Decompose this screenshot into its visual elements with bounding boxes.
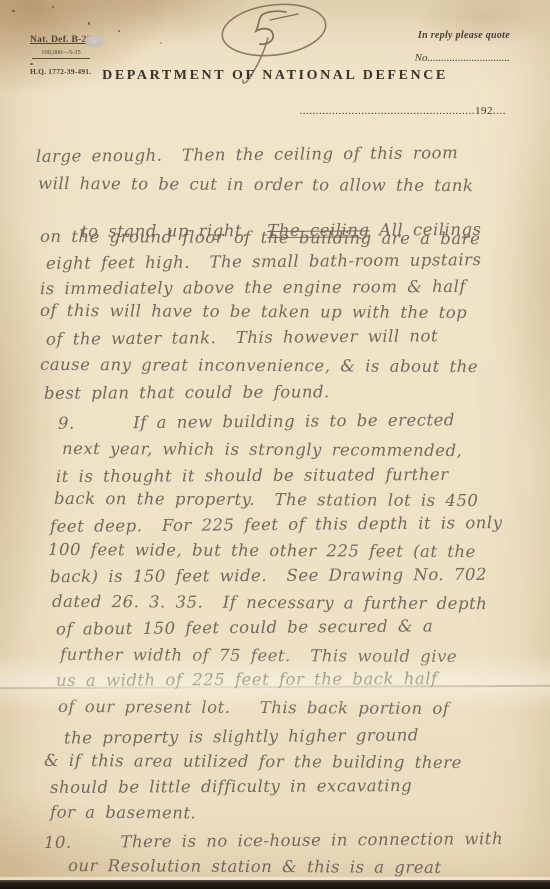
date-line: ........................................… bbox=[300, 105, 507, 117]
handwritten-line: the property is slightly higher ground bbox=[64, 725, 419, 747]
handwritten-line: of this will have to be taken up with th… bbox=[40, 301, 467, 322]
handwritten-line-paragraph-9: 9. If a new building is to be erected bbox=[58, 410, 455, 432]
paper-speck bbox=[88, 22, 90, 25]
handwritten-line: 100 feet wide, but the other 225 feet (a… bbox=[48, 540, 476, 561]
paper-damage-spot bbox=[84, 34, 104, 48]
handwritten-line: dated 26. 3. 35. If necessary a further … bbox=[52, 592, 487, 613]
handwritten-line: eight feet high. The small bath-room ups… bbox=[46, 250, 482, 273]
handwritten-line: of the water tank. This however will not bbox=[46, 326, 438, 348]
reply-note: In reply please quote bbox=[418, 30, 510, 41]
handwritten-line: should be little difficulty in excavatin… bbox=[50, 776, 412, 797]
scan-dark-edge bbox=[0, 880, 550, 889]
handwritten-line: cause any great inconvenience, & is abou… bbox=[40, 355, 478, 376]
paper-speck bbox=[160, 42, 162, 44]
handwritten-line: best plan that could be found. bbox=[44, 382, 330, 402]
handwritten-line: of about 150 feet could be secured & a bbox=[56, 616, 433, 638]
handwritten-line: our Resolution station & this is a great bbox=[68, 856, 442, 877]
stamp-print-run: 100,000—5-35 bbox=[32, 49, 90, 59]
handwritten-line: it is thought it should be situated furt… bbox=[56, 465, 449, 486]
handwritten-line: next year, which is strongly recommended… bbox=[62, 439, 462, 460]
paper-speck bbox=[12, 10, 15, 12]
handwritten-line: & if this area utilized for the building… bbox=[44, 751, 462, 772]
handwritten-line: large enough. Then the ceiling of this r… bbox=[36, 143, 458, 166]
handwritten-line: back on the property. The station lot is… bbox=[54, 489, 479, 510]
scanned-letter-page: Nat. Def. B-239. 100,000—5-35 H.Q. 1772-… bbox=[0, 0, 550, 889]
handwritten-line: for a basement. bbox=[50, 803, 196, 823]
fold-crease-light-band bbox=[0, 652, 550, 710]
paper-speck bbox=[52, 6, 54, 8]
handwritten-line: feet deep. For 225 feet of this depth it… bbox=[50, 513, 503, 536]
handwritten-line: is immediately above the engine room & h… bbox=[40, 277, 466, 298]
handwritten-line: will have to be cut in order to allow th… bbox=[38, 174, 474, 195]
paper-speck bbox=[118, 30, 120, 32]
department-title: DEPARTMENT OF NATIONAL DEFENCE bbox=[0, 68, 550, 84]
handwritten-line: on the ground floor of the building are … bbox=[40, 227, 480, 248]
handwritten-line-paragraph-10: 10. There is no ice-house in connection … bbox=[44, 829, 503, 852]
handwritten-line: back) is 150 feet wide. See Drawing No. … bbox=[50, 565, 487, 586]
file-number-line: No.............................. bbox=[415, 52, 510, 64]
